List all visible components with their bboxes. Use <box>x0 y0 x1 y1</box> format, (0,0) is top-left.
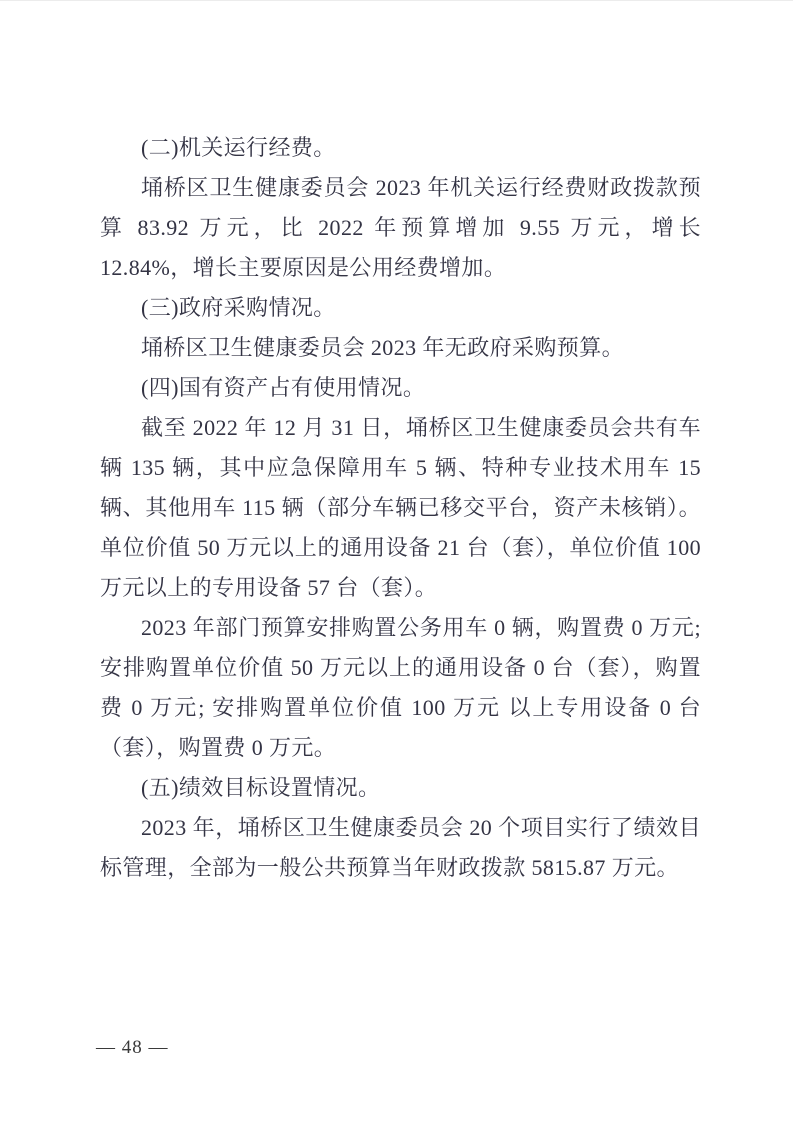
section-heading: (四)国有资产占有使用情况。 <box>100 368 701 408</box>
section-heading: (五)绩效目标设置情况。 <box>100 768 701 808</box>
paragraph: 埇桥区卫生健康委员会 2023 年机关运行经费财政拨款预算 83.92 万元，比… <box>100 168 701 288</box>
paragraph: 截至 2022 年 12 月 31 日，埇桥区卫生健康委员会共有车辆 135 辆… <box>100 408 701 608</box>
document-body: (二)机关运行经费。 埇桥区卫生健康委员会 2023 年机关运行经费财政拨款预算… <box>100 128 701 888</box>
paragraph: 2023 年部门预算安排购置公务用车 0 辆，购置费 0 万元;安排购置单位价值… <box>100 608 701 768</box>
document-page: (二)机关运行经费。 埇桥区卫生健康委员会 2023 年机关运行经费财政拨款预算… <box>0 0 793 1123</box>
section-heading: (三)政府采购情况。 <box>100 288 701 328</box>
section-heading: (二)机关运行经费。 <box>100 128 701 168</box>
paragraph: 2023 年，埇桥区卫生健康委员会 20 个项目实行了绩效目标管理，全部为一般公… <box>100 808 701 888</box>
paragraph: 埇桥区卫生健康委员会 2023 年无政府采购预算。 <box>100 328 701 368</box>
page-number: — 48 — <box>96 1036 169 1060</box>
